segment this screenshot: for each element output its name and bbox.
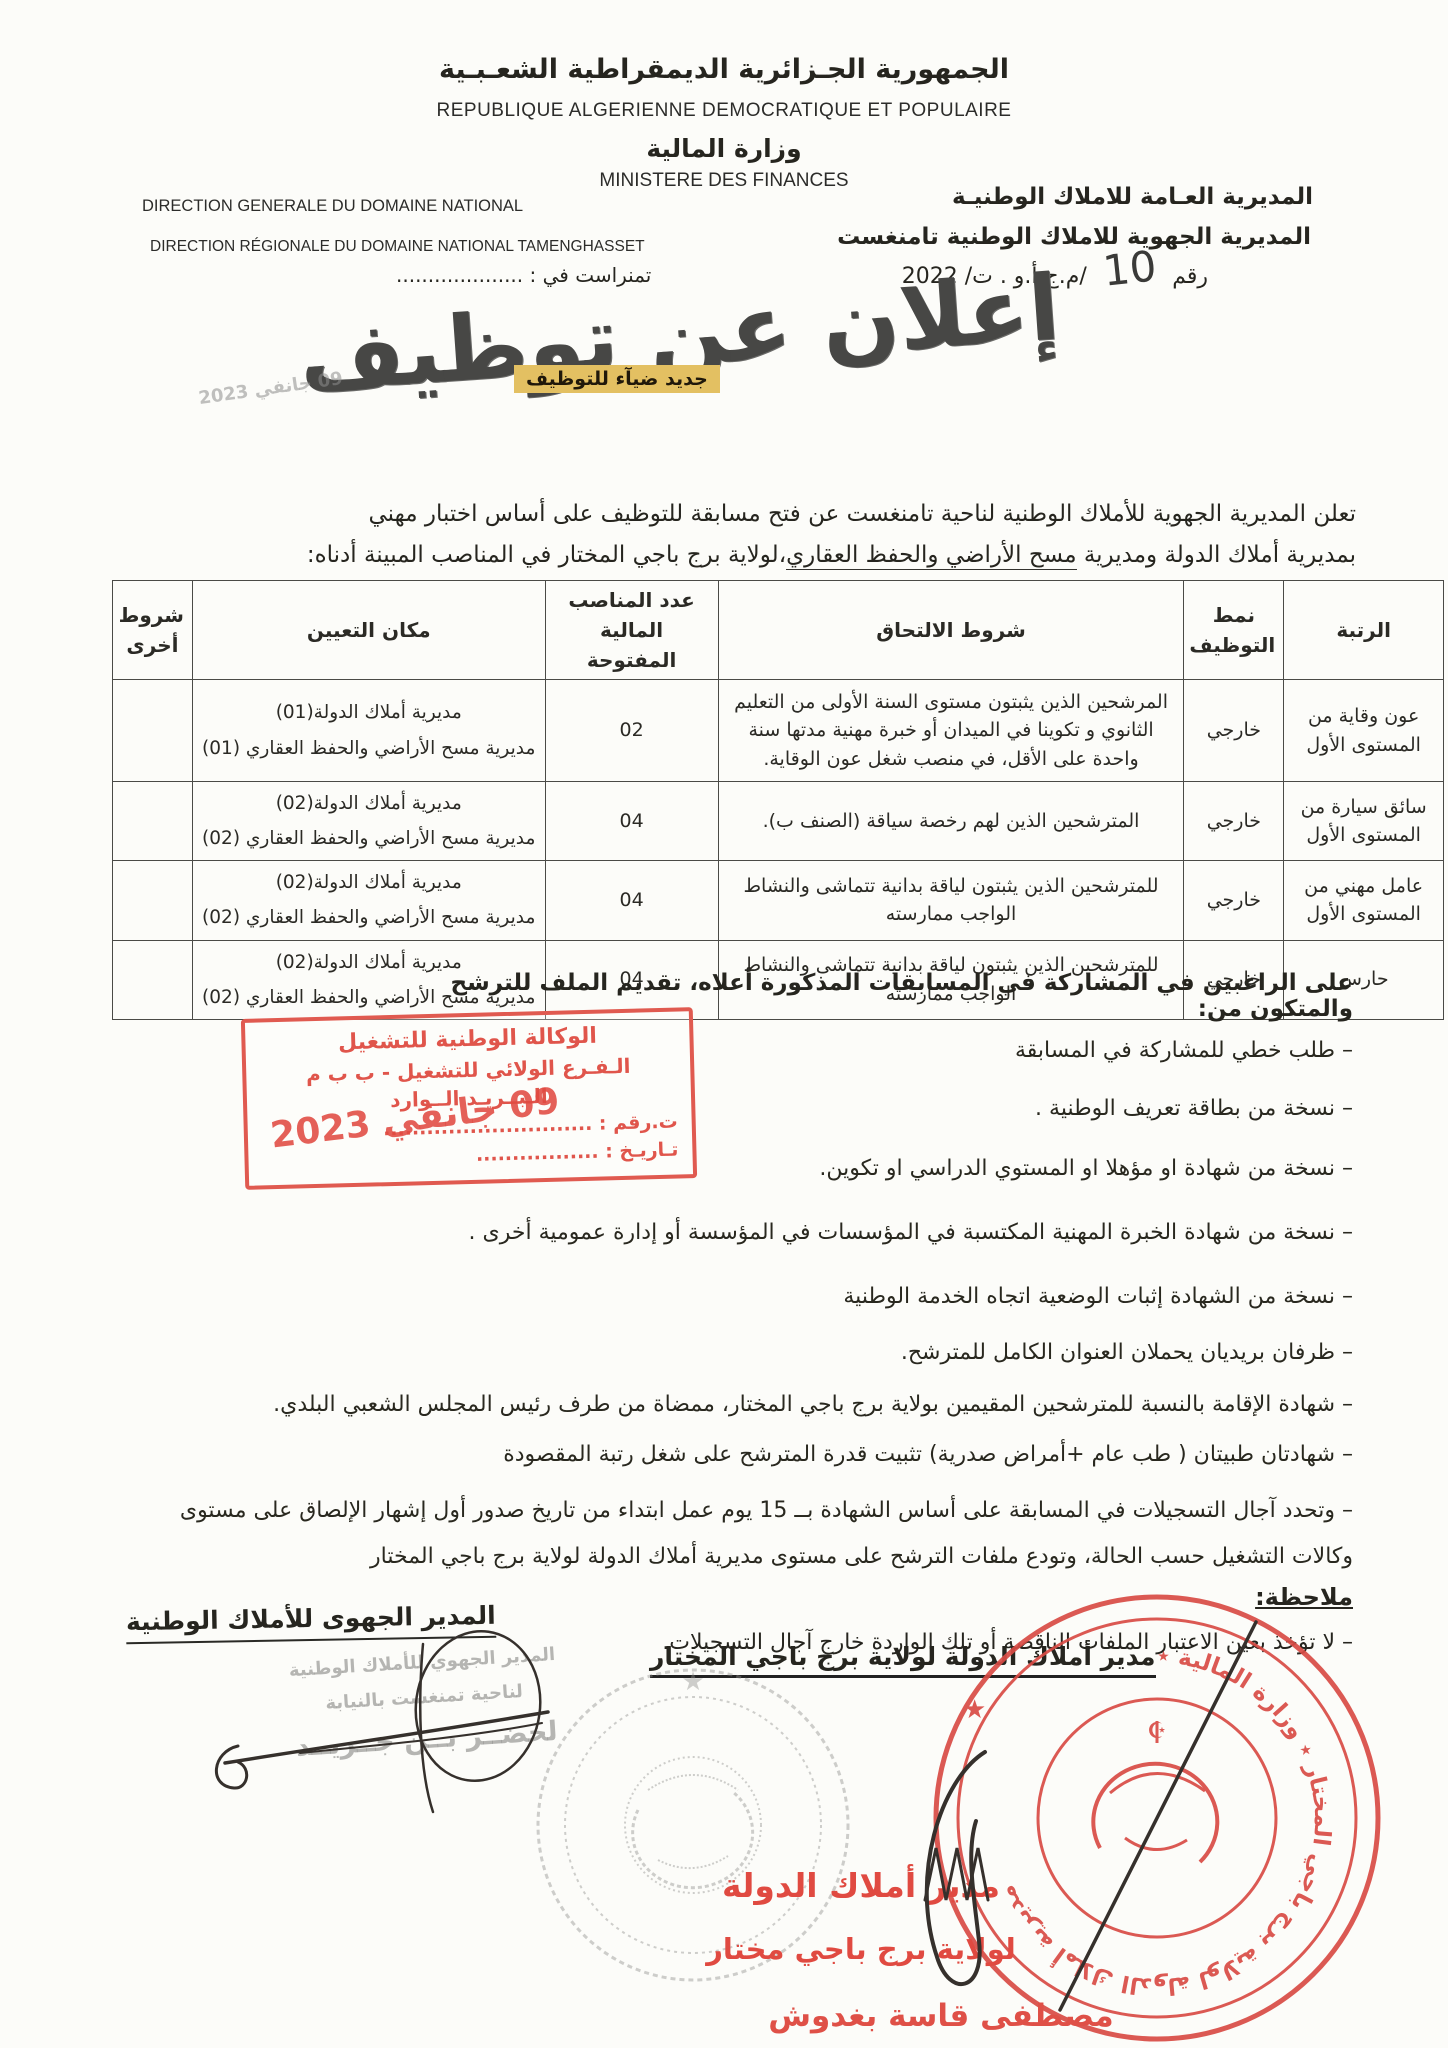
state-director-red-line1: مدير أملاك الدولة (686, 1866, 1036, 1905)
ministry-title-arabic: وزارة المالية (0, 134, 1448, 163)
col-header-rank: الرتبة (1284, 581, 1444, 680)
requirement-item: – نسخة من شهادة او مؤهلا او المستوي الدر… (819, 1156, 1353, 1181)
cell-location: مديرية أملاك الدولة(01) مديرية مسح الأرا… (192, 680, 545, 782)
anem-stamp-line1: الوكالة الوطنية للتشغيل (259, 1022, 676, 1058)
table-row: سائق سيارة من المستوى الأول خارجي المترش… (113, 782, 1444, 861)
table-header-row: الرتبة نمط التوظيف شروط الالتحاق عدد الم… (113, 581, 1444, 680)
republic-title-arabic: الجمهورية الجـزائرية الديمقراطية الشعـبـ… (0, 54, 1448, 85)
cell-type: خارجي (1184, 680, 1284, 782)
requirement-item: – شهادتان طبيتان ( طب عام +أمراض صدرية) … (503, 1442, 1353, 1467)
table-row: عون وقاية من المستوى الأول خارجي المرشحي… (113, 680, 1444, 782)
cell-conditions: للمترشحين الذين يثبتون لياقة بدانية تتما… (718, 861, 1184, 940)
cell-other (113, 680, 193, 782)
state-director-red-name: مصطفى قاسة بغدوش (756, 1998, 1126, 2034)
cell-location-line2: مديرية مسح الأراضي والحفظ العقاري (01) (201, 731, 537, 766)
positions-table: الرتبة نمط التوظيف شروط الالتحاق عدد الم… (112, 580, 1444, 1020)
cell-location-line2: مديرية مسح الأراضي والحفظ العقاري (02) (201, 900, 537, 935)
gray-seal-star-icon: ★ (681, 1667, 704, 1697)
direction-generale-arabic: المديرية العـامة للاملاك الوطنيـة (952, 184, 1313, 210)
svg-text:مديرية أملاك الدولة لولاية برج: مديرية أملاك الدولة لولاية برج باجي المخ… (994, 1643, 1335, 1999)
red-seal-ring-text: مديرية أملاك الدولة لولاية برج باجي المخ… (994, 1643, 1335, 1999)
scanned-job-announcement-page: الجمهورية الجـزائرية الديمقراطية الشعـبـ… (0, 0, 1448, 2048)
cell-rank: سائق سيارة من المستوى الأول (1284, 782, 1444, 861)
direction-regionale-arabic: المديرية الجهوية للاملاك الوطنية تامنغست (837, 224, 1311, 250)
cell-rank: عون وقاية من المستوى الأول (1284, 680, 1444, 782)
red-seal-crescent-icon: ☪ (1147, 1719, 1167, 1744)
place-date-line: تمنراست في : .................... (396, 263, 651, 287)
col-header-positions: عدد المناصب المالية المفتوحة (545, 581, 718, 680)
requirement-item: – طلب خطي للمشاركة في المسابقة (1015, 1038, 1353, 1063)
col-header-location: مكان التعيين (192, 581, 545, 680)
red-round-seal: مديرية أملاك الدولة لولاية برج باجي المخ… (925, 1588, 1390, 2048)
intro-line2-underlined: مسح الأراضي والحفظ العقاري (786, 542, 1076, 570)
col-header-conditions: شروط الالتحاق (718, 581, 1184, 680)
red-seal-star-icon: ★ (963, 1695, 986, 1725)
positions-table-wrapper: الرتبة نمط التوظيف شروط الالتحاق عدد الم… (112, 580, 1444, 1020)
intro-line1: تعلن المديرية الجهوية للأملاك الوطنية لن… (369, 501, 1356, 527)
cell-type: خارجي (1184, 861, 1284, 940)
col-header-type: نمط التوظيف (1184, 581, 1284, 680)
cell-conditions: المرشحين الذين يثبتون مستوى السنة الأولى… (718, 680, 1184, 782)
highlight-watermark: جديد ضيآء للتوظيف (514, 365, 720, 393)
intro-line2-part3: ،لولاية برج باجي المختار في المناصب المب… (307, 542, 786, 568)
intro-paragraph: تعلن المديرية الجهوية للأملاك الوطنية لن… (100, 494, 1356, 577)
republic-title-french: REPUBLIQUE ALGERIENNE DEMOCRATIQUE ET PO… (0, 100, 1448, 122)
cell-conditions: المترشحين الذين لهم رخصة سياقة (الصنف ب)… (718, 782, 1184, 861)
requirement-item: – ظرفان بريديان يحملان العنوان الكامل لل… (901, 1340, 1353, 1365)
cell-location-line1: مديرية أملاك الدولة(02) (201, 786, 537, 821)
cell-positions: 02 (545, 680, 718, 782)
cell-other (113, 940, 193, 1019)
cell-rank: عامل مهني من المستوى الأول (1284, 861, 1444, 940)
cell-positions: 04 (545, 782, 718, 861)
cell-location-line1: مديرية أملاك الدولة(01) (201, 695, 537, 730)
cell-positions: 04 (545, 861, 718, 940)
direction-generale-french: DIRECTION GENERALE DU DOMAINE NATIONAL (142, 197, 523, 216)
cell-other (113, 861, 193, 940)
state-director-red-line2: لولاية برج باجي مختار (686, 1932, 1036, 1966)
col-header-other: شروط أخرى (113, 581, 193, 680)
requirement-item: – نسخة من بطاقة تعريف الوطنية . (1035, 1096, 1353, 1121)
table-row: عامل مهني من المستوى الأول خارجي للمترشح… (113, 861, 1444, 940)
cell-type: خارجي (1184, 782, 1284, 861)
cell-location: مديرية أملاك الدولة(02) مديرية مسح الأرا… (192, 861, 545, 940)
requirement-item: – وتحدد آجال التسجيلات في المسابقة على أ… (125, 1488, 1353, 1580)
cell-location-line2: مديرية مسح الأراضي والحفظ العقاري (02) (201, 821, 537, 856)
intro-line2-part1: بمديرية أملاك الدولة ومديرية (1077, 542, 1356, 568)
cell-location: مديرية أملاك الدولة(02) مديرية مسح الأرا… (192, 782, 545, 861)
requirement-item: – نسخة من شهادة الخبرة المهنية المكتسبة … (469, 1220, 1353, 1245)
reference-number-handwritten: 10 (1101, 245, 1159, 292)
direction-regionale-french: DIRECTION RÉGIONALE DU DOMAINE NATIONAL … (150, 238, 645, 256)
cell-other (113, 782, 193, 861)
reference-label: رقم (1172, 264, 1208, 289)
regional-director-title: المدير الجهوى للأملاك الوطنية (126, 1601, 496, 1644)
requirement-item: – شهادة الإقامة بالنسبة للمترشحين المقيم… (273, 1392, 1353, 1417)
requirement-item: – نسخة من الشهادة إثبات الوضعية اتجاه ال… (843, 1284, 1353, 1309)
cell-location-line1: مديرية أملاك الدولة(02) (201, 865, 537, 900)
